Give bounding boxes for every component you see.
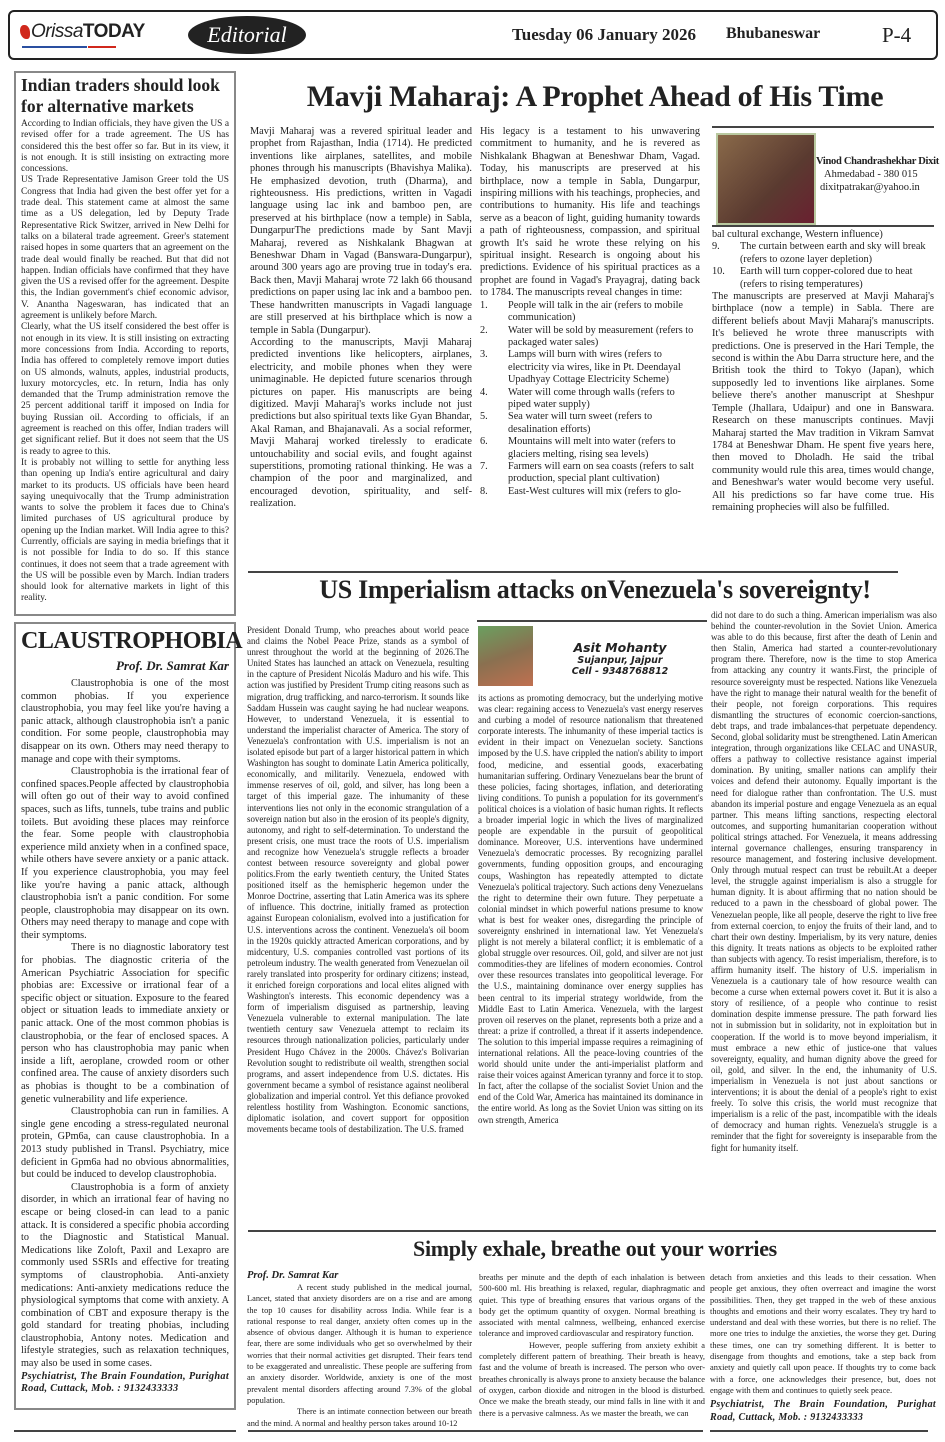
venezuela-article-title: US Imperialism attacks onVenezuela's sov… (250, 575, 940, 605)
orissa-today-logo[interactable]: OrissaTODAY (20, 21, 145, 43)
edition-city: Bhubaneswar (726, 25, 820, 43)
author-photo (716, 133, 816, 225)
author-signature: Psychiatrist, The Brain Foundation, Puri… (710, 1398, 936, 1424)
paragraph: Claustrophobia can run in families. A si… (21, 1106, 229, 1182)
paragraph: its actions as promoting democracy, but … (478, 693, 703, 1126)
prediction-item: 5.Sea water will turn sweet (refers to d… (480, 411, 700, 436)
paragraph: detach from anxieties and this leads to … (710, 1272, 936, 1396)
claustrophobia-title: CLAUSTROPHOBIA (21, 626, 229, 656)
divider (710, 1430, 928, 1432)
prediction-item: 6.Mountains will melt into water (refers… (480, 436, 700, 461)
logo-underline-accent (88, 46, 116, 48)
claustrophobia-author: Prof. Dr. Samrat Kar (21, 658, 229, 674)
paragraph: Clearly, what the US itself considered t… (21, 322, 229, 458)
exhale-col-3: detach from anxieties and this leads to … (710, 1272, 936, 1424)
divider (248, 1230, 936, 1232)
page-number: P-4 (882, 23, 911, 48)
paragraph: Claustrophobia is a form of anxiety diso… (21, 1182, 229, 1371)
paragraph: bal cultural exchange, Western influence… (712, 229, 934, 241)
author-email: dixitpatrakar@yahoo.in (816, 181, 941, 194)
author-byline: Vinod Chandrashekhar Dixit Ahmedabad - 3… (816, 155, 941, 194)
paragraph: However, people suffering from anxiety e… (479, 1340, 705, 1419)
paragraph: A recent study published in the medical … (247, 1282, 472, 1406)
venezuela-col-2: its actions as promoting democracy, but … (478, 693, 703, 1126)
mavji-article-title: Mavji Maharaj: A Prophet Ahead of His Ti… (250, 80, 940, 114)
divider (712, 126, 934, 128)
prediction-item: 1.People will talk in the air (refers to… (480, 300, 700, 325)
exhale-col-1: Prof. Dr. Samrat Kar A recent study publ… (247, 1270, 472, 1429)
logo-underline (22, 46, 87, 48)
divider (248, 571, 898, 573)
odisha-map-icon (20, 25, 30, 39)
paragraph: There is an intimate connection between … (247, 1406, 472, 1429)
divider (248, 1430, 703, 1432)
paragraph: Claustrophobia is one of the most common… (21, 678, 229, 766)
paragraph: According to the manuscripts, Mavji Maha… (250, 337, 472, 511)
paragraph: did not dare to do such a thing. America… (711, 610, 937, 1154)
prediction-item: 4.Water will come through walls (refers … (480, 387, 700, 412)
divider (477, 620, 707, 622)
prediction-item: 9.The curtain between earth and sky will… (712, 241, 934, 266)
trade-article: Indian traders should look for alternati… (14, 71, 236, 616)
paragraph: President Donald Trump, who preaches abo… (247, 625, 469, 1135)
author-name: Vinod Chandrashekhar Dixit (816, 155, 941, 168)
author-phone: Cell - 9348768812 (545, 666, 695, 677)
author-location: Sujanpur, Jajpur (545, 655, 695, 666)
author-location: Ahmedabad - 380 015 (816, 168, 941, 181)
venezuela-col-3: did not dare to do such a thing. America… (711, 610, 937, 1154)
prediction-item: 2.Water will be sold by measurement (ref… (480, 325, 700, 350)
author-signature: Psychiatrist, The Brain Foundation, Puri… (21, 1371, 229, 1396)
exhale-article-title: Simply exhale, breathe out your worries (250, 1236, 940, 1262)
author-byline: Asit Mohanty Sujanpur, Jajpur Cell - 934… (545, 640, 695, 677)
paragraph: According to Indian officials, they have… (21, 119, 229, 175)
paragraph: It is probably not willing to settle for… (21, 458, 229, 605)
prediction-item: 3.Lamps will burn with wires (refers to … (480, 349, 700, 386)
issue-date: Tuesday 06 January 2026 (512, 25, 696, 45)
mavji-col-3: bal cultural exchange, Western influence… (712, 229, 934, 514)
paragraph: There is no diagnostic laboratory test f… (21, 942, 229, 1106)
section-badge: Editorial (188, 16, 306, 54)
paragraph: breaths per minute and the depth of each… (479, 1272, 705, 1340)
masthead: OrissaTODAY Editorial Tuesday 06 January… (8, 10, 938, 60)
paragraph: Mavji Maharaj was a revered spiritual le… (250, 126, 472, 337)
paragraph: US Trade Representative Jamison Greer to… (21, 175, 229, 322)
author-photo (478, 626, 533, 686)
claustrophobia-article: CLAUSTROPHOBIA Prof. Dr. Samrat Kar Clau… (14, 622, 236, 1410)
prediction-item: 7.Farmers will earn on sea coasts (refer… (480, 461, 700, 486)
divider (14, 1430, 236, 1432)
prediction-item: 8.East-West cultures will mix (refers to… (480, 486, 700, 498)
prediction-item: 10.Earth will turn copper-colored due to… (712, 266, 934, 291)
trade-article-title: Indian traders should look for alternati… (21, 75, 229, 117)
paragraph: His legacy is a testament to his unwaver… (480, 126, 700, 300)
divider (712, 225, 934, 227)
exhale-col-2: breaths per minute and the depth of each… (479, 1272, 705, 1419)
mavji-col-2: His legacy is a testament to his unwaver… (480, 126, 700, 498)
venezuela-col-1: President Donald Trump, who preaches abo… (247, 625, 469, 1135)
author-name: Asit Mohanty (545, 640, 695, 655)
paragraph: The manuscripts are preserved at Mavji M… (712, 291, 934, 514)
mavji-col-1: Mavji Maharaj was a revered spiritual le… (250, 126, 472, 511)
exhale-author: Prof. Dr. Samrat Kar (247, 1270, 472, 1282)
paragraph: Claustrophobia is the irrational fear of… (21, 766, 229, 942)
